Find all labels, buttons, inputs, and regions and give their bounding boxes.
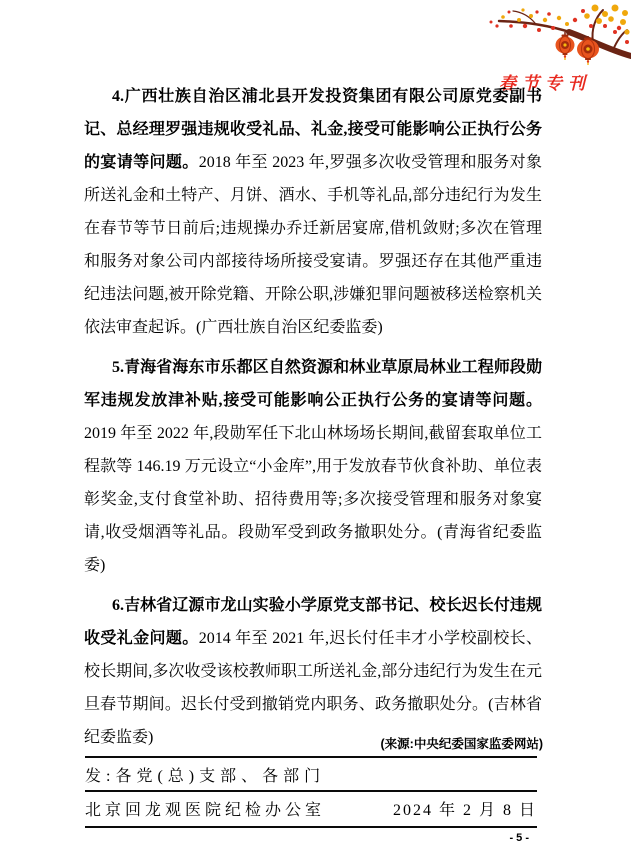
page-number: - 5 - — [509, 832, 529, 844]
footer-divider-bottom — [85, 826, 537, 828]
footer-divider-middle — [85, 790, 537, 792]
distribution-line: 发:各党(总)支部、各部门 — [85, 763, 325, 786]
case-5-heading: 5.青海省海东市乐都区自然资源和林业草原局林业工程师段勋军违规发放津补贴,接受可… — [84, 359, 542, 409]
office-date-row: 北京回龙观医院纪检办公室 2024 年 2 月 8 日 — [85, 797, 537, 820]
issue-date: 2024 年 2 月 8 日 — [393, 797, 537, 820]
source-attribution: (来源:中央纪委国家监委网站) — [381, 734, 544, 752]
case-6-body: 2014 年至 2021 年,迟长付任丰才小学校副校长、校长期间,多次收受该校教… — [84, 630, 542, 746]
document-page: 春节专刊 4.广西壮族自治区浦北县开发投资集团有限公司原党委副书记、总经理罗强违… — [0, 0, 631, 854]
lantern-icon — [556, 32, 575, 60]
footer-divider-top — [85, 756, 537, 758]
document-body: 4.广西壮族自治区浦北县开发投资集团有限公司原党委副书记、总经理罗强违规收受礼品… — [84, 80, 542, 754]
case-paragraph-4: 4.广西壮族自治区浦北县开发投资集团有限公司原党委副书记、总经理罗强违规收受礼品… — [84, 80, 542, 344]
plum-branch-lanterns-icon — [479, 4, 631, 68]
issuing-office: 北京回龙观医院纪检办公室 — [85, 797, 325, 820]
case-paragraph-5: 5.青海省海东市乐都区自然资源和林业草原局林业工程师段勋军违规发放津补贴,接受可… — [84, 351, 542, 582]
case-4-body: 2018 年至 2023 年,罗强多次收受管理和服务对象所送礼金和土特产、月饼、… — [84, 154, 542, 336]
case-paragraph-6: 6.吉林省辽源市龙山实验小学原党支部书记、校长迟长付违规收受礼金问题。2014 … — [84, 589, 542, 754]
case-5-body: 2019 年至 2022 年,段勋军任下北山林场场长期间,截留套取单位工程款等 … — [84, 425, 542, 574]
